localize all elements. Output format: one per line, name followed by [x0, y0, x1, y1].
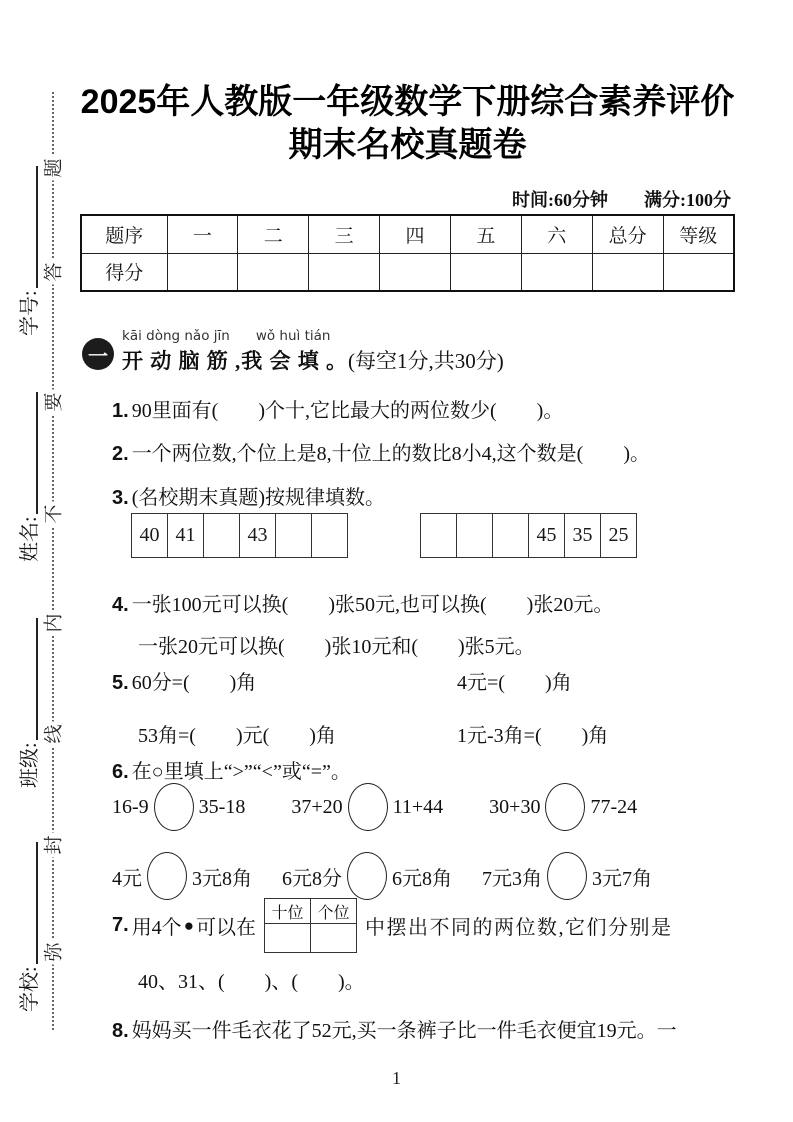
compare-left: 6元8分 — [282, 862, 342, 891]
pattern-cell-blank — [204, 514, 240, 558]
question-2: 2.一个两位数,个位上是8,十位上的数比8小4,这个数是( )。 — [112, 437, 650, 466]
pinyin-part2: wǒ huì tián — [256, 328, 331, 344]
ones-place-cell — [310, 924, 356, 953]
question-4-number: 4. — [112, 594, 129, 616]
score-table-header-cell: 五 — [451, 215, 522, 253]
pattern-cell: 40 — [132, 514, 168, 558]
question-6-row2: 4元3元8角 6元8分6元8角 7元3角3元7角 — [112, 852, 652, 900]
question-4-line2-text: 一张20元可以换( )张10元和( )张5元。 — [138, 636, 535, 658]
score-table-header-cell: 二 — [238, 215, 309, 253]
compare-right: 11+44 — [393, 796, 444, 819]
score-table-header-cell: 六 — [521, 215, 592, 253]
section-pinyin: kāi dòng nǎo jīnwǒ huì tián — [122, 328, 504, 344]
section-number-badge: 一 — [82, 338, 114, 370]
question-7-line2: 40、31、( )、( )。 — [138, 965, 365, 994]
question-3: 3.(名校期末真题)按规律填数。 — [112, 481, 385, 510]
pattern-cell: 43 — [240, 514, 276, 558]
compare-left: 16-9 — [112, 796, 149, 819]
school-field: 学校: — [16, 792, 42, 1012]
student-id-field: 学号: — [16, 116, 42, 336]
question-7-line2-text: 40、31、( )、( )。 — [138, 971, 365, 993]
compare-item: 30+3077-24 — [489, 783, 637, 831]
ones-place-header: 个位 — [310, 899, 356, 924]
compare-circle — [147, 852, 187, 900]
section-points: (每空1分,共30分) — [348, 349, 504, 373]
compare-left: 4元 — [112, 862, 142, 891]
class-label: 班级: — [13, 742, 42, 788]
score-cell-empty — [663, 253, 734, 291]
compare-circle — [545, 783, 585, 831]
question-7-mid: 可以在 — [196, 911, 256, 940]
compare-right: 6元8角 — [392, 862, 452, 891]
compare-circle — [547, 852, 587, 900]
question-3-text: (名校期末真题)按规律填数。 — [132, 487, 385, 509]
student-name-field: 姓名: — [16, 342, 42, 562]
question-6-number: 6. — [112, 761, 129, 783]
score-cell-empty — [451, 253, 522, 291]
question-5: 5.60分=( )角 4元=( )角 53角=( )元( )角 1元-3角=( … — [112, 666, 608, 748]
exam-info: 时间:60分钟满分:100分 — [512, 186, 731, 212]
question-6-text: 在○里填上“>”“<”或“=”。 — [132, 761, 351, 783]
pattern-cell: 45 — [529, 514, 565, 558]
page-title-line1: 2025年人教版一年级数学下册综合素养评价 — [70, 80, 745, 124]
compare-item: 37+2011+44 — [291, 783, 443, 831]
section-title-text: 开 动 脑 筋 ,我 会 填 。 — [122, 349, 348, 373]
pattern-cell-blank — [457, 514, 493, 558]
score-cell-empty — [238, 253, 309, 291]
compare-item: 7元3角3元7角 — [482, 852, 652, 900]
page-title: 2025年人教版一年级数学下册综合素养评价 期末名校真题卷 — [70, 80, 745, 167]
q5-item-text: 60分=( )角 — [132, 672, 257, 694]
q5-item-text: 4元=( )角 — [457, 672, 572, 694]
score-table-header-cell: 等级 — [663, 215, 734, 253]
score-cell-empty — [521, 253, 592, 291]
score-table: 题序 一 二 三 四 五 六 总分 等级 得分 — [80, 214, 735, 292]
tens-place-cell — [264, 924, 310, 953]
compare-left: 37+20 — [291, 796, 342, 819]
question-1-text: 90里面有( )个十,它比最大的两位数少( )。 — [132, 400, 564, 422]
question-7-pre: 用4个 — [132, 911, 182, 940]
compare-left: 30+30 — [489, 796, 540, 819]
time-limit-label: 时间:60分钟 — [512, 190, 608, 210]
section-title: 开 动 脑 筋 ,我 会 填 。(每空1分,共30分) — [122, 345, 504, 375]
number-pattern-strip-1: 40 41 43 — [131, 513, 348, 558]
question-6-row1: 16-935-18 37+2011+44 30+3077-24 — [112, 783, 637, 831]
score-table-header-cell: 三 — [309, 215, 380, 253]
score-cell-empty — [309, 253, 380, 291]
school-blank-line — [36, 842, 38, 964]
pattern-cell-blank — [493, 514, 529, 558]
pattern-cell: 41 — [168, 514, 204, 558]
question-5-item: 5.60分=( )角 — [112, 666, 457, 695]
compare-item: 6元8分6元8角 — [282, 852, 452, 900]
question-4-line1: 一张100元可以换( )张50元,也可以换( )张20元。 — [132, 594, 614, 616]
score-table-header-cell: 总分 — [592, 215, 663, 253]
question-1-number: 1. — [112, 400, 129, 422]
question-7-number: 7. — [112, 914, 129, 937]
question-1: 1.90里面有( )个十,它比最大的两位数少( )。 — [112, 394, 563, 423]
q5-item-text: 1元-3角=( )角 — [457, 725, 608, 747]
student-name-blank-line — [36, 392, 38, 514]
page-title-line2: 期末名校真题卷 — [70, 124, 745, 167]
tens-place-header: 十位 — [264, 899, 310, 924]
compare-circle — [154, 783, 194, 831]
score-cell-empty — [380, 253, 451, 291]
question-2-number: 2. — [112, 443, 129, 465]
question-3-number: 3. — [112, 487, 129, 509]
page-number: 1 — [0, 1068, 793, 1089]
question-5-number: 5. — [112, 672, 129, 694]
question-6: 6.在○里填上“>”“<”或“=”。 — [112, 755, 351, 784]
question-8-number: 8. — [112, 1020, 129, 1042]
question-5-item: 1元-3角=( )角 — [457, 719, 608, 748]
seal-dotted-line — [52, 92, 54, 1030]
question-8: 8.妈妈买一件毛衣花了52元,买一条裤子比一件毛衣便宜19元。一 — [112, 1014, 677, 1043]
section-one-heading: 一 kāi dòng nǎo jīnwǒ huì tián 开 动 脑 筋 ,我… — [82, 328, 504, 375]
class-field: 班级: — [16, 568, 42, 788]
score-table-header-cell: 四 — [380, 215, 451, 253]
compare-circle — [348, 783, 388, 831]
pattern-cell: 35 — [565, 514, 601, 558]
student-id-blank-line — [36, 166, 38, 288]
score-cell-empty — [167, 253, 238, 291]
compare-right: 3元7角 — [592, 862, 652, 891]
compare-left: 7元3角 — [482, 862, 542, 891]
compare-circle — [347, 852, 387, 900]
compare-right: 3元8角 — [192, 862, 252, 891]
pattern-cell: 25 — [601, 514, 637, 558]
score-table-score-row: 得分 — [81, 253, 734, 291]
score-cell-empty — [592, 253, 663, 291]
question-5-item: 53角=( )元( )角 — [112, 719, 457, 748]
question-4-line2: 一张20元可以换( )张10元和( )张5元。 — [138, 630, 535, 659]
question-2-text: 一个两位数,个位上是8,十位上的数比8小4,这个数是( )。 — [132, 443, 650, 465]
pattern-cell-blank — [312, 514, 348, 558]
question-5-item: 4元=( )角 — [457, 666, 608, 695]
place-value-table: 十位 个位 — [264, 898, 357, 953]
question-4: 4.一张100元可以换( )张50元,也可以换( )张20元。 — [112, 588, 613, 617]
pattern-cell-blank — [276, 514, 312, 558]
score-row-label: 得分 — [81, 253, 167, 291]
student-id-label: 学号: — [13, 290, 42, 336]
student-name-label: 姓名: — [13, 516, 42, 562]
compare-right: 77-24 — [590, 796, 637, 819]
question-7-post: 中摆出不同的两位数,它们分别是 — [365, 911, 673, 940]
counter-dot-icon: ● — [184, 916, 194, 936]
score-table-header-row: 题序 一 二 三 四 五 六 总分 等级 — [81, 215, 734, 253]
score-table-header-cell: 一 — [167, 215, 238, 253]
compare-item: 16-935-18 — [112, 783, 245, 831]
number-pattern-strip-2: 45 35 25 — [420, 513, 637, 558]
pattern-cell-blank — [421, 514, 457, 558]
compare-right: 35-18 — [199, 796, 246, 819]
question-7: 7.用4个●可以在 十位 个位 中摆出不同的两位数,它们分别是 — [112, 898, 672, 953]
q5-item-text: 53角=( )元( )角 — [138, 725, 336, 747]
school-label: 学校: — [13, 966, 42, 1012]
compare-item: 4元3元8角 — [112, 852, 252, 900]
full-score-label: 满分:100分 — [644, 190, 731, 210]
pinyin-part1: kāi dòng nǎo jīn — [122, 328, 230, 344]
class-blank-line — [36, 618, 38, 740]
score-table-header-cell: 题序 — [81, 215, 167, 253]
question-8-text: 妈妈买一件毛衣花了52元,买一条裤子比一件毛衣便宜19元。一 — [132, 1020, 677, 1042]
